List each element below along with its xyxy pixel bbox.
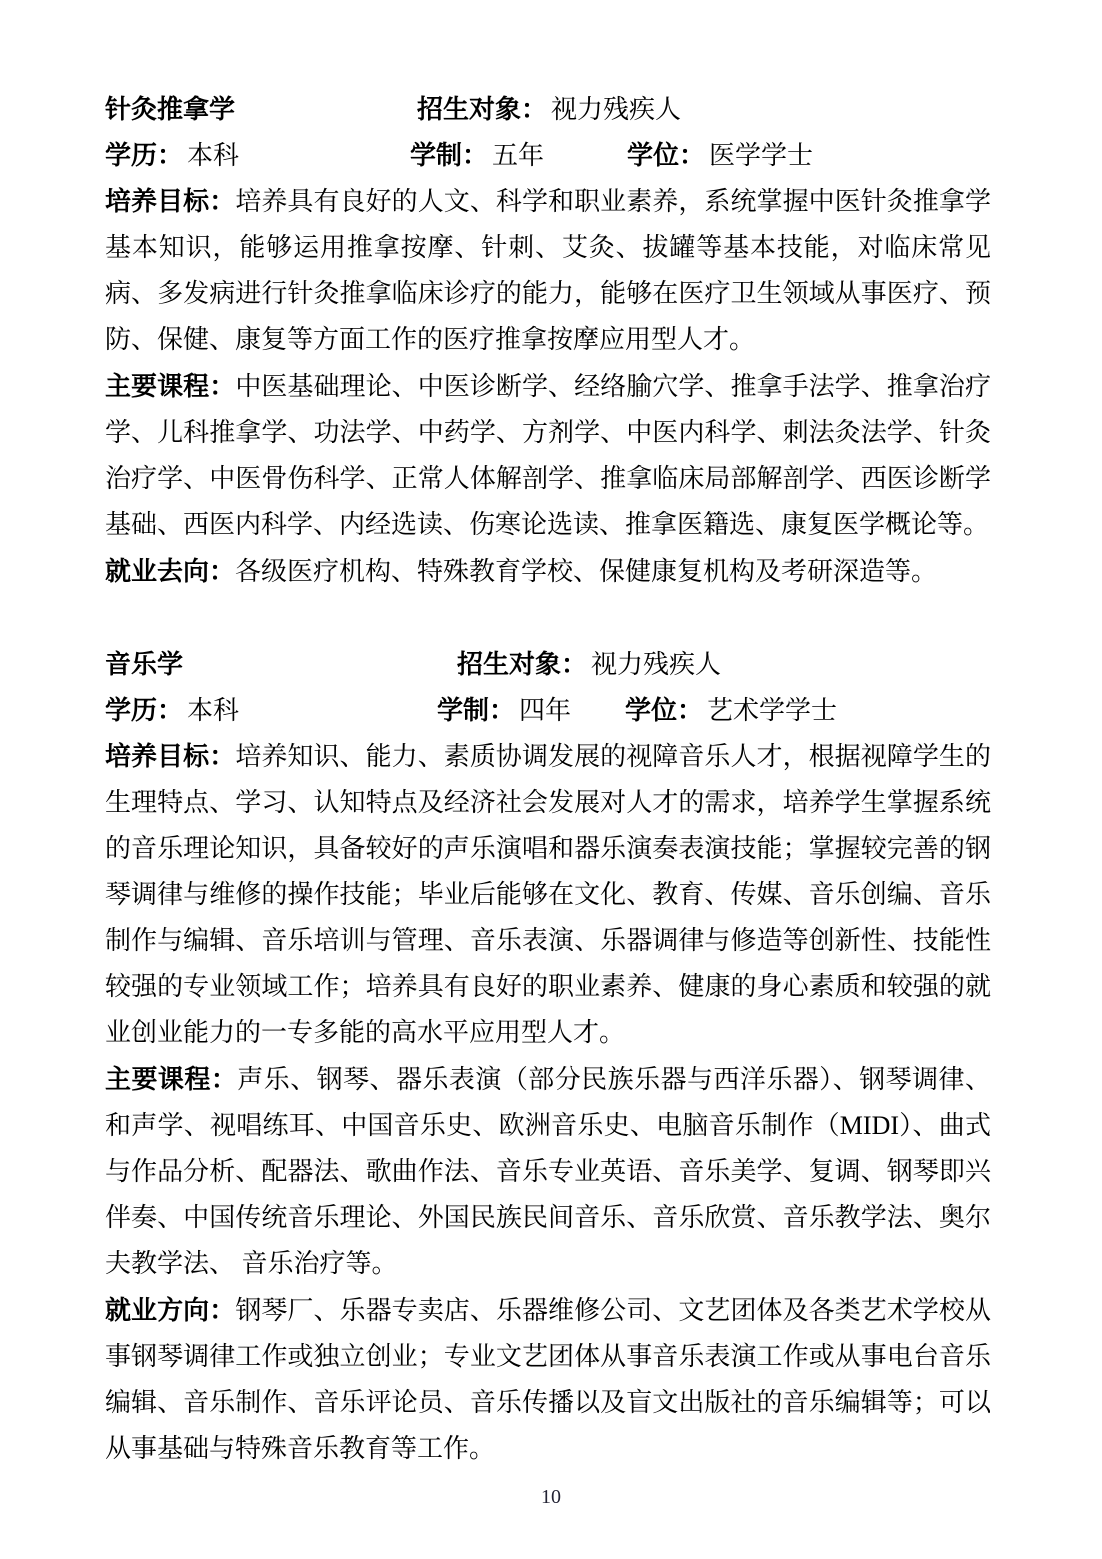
program-title: 针灸推拿学 [105,86,235,132]
admission-field: 招生对象：视力残疾人 [457,641,721,688]
page-content: 针灸推拿学 招生对象：视力残疾人 学历：本科 学制：五年 学位：医学学士 培养目… [105,86,991,1472]
objective-paragraph: 培养目标：培养具有良好的人文、科学和职业素养，系统掌握中医针灸推拿学基本知识，能… [105,178,991,363]
courses-label: 主要课程： [105,1064,237,1094]
program-meta-row: 学历：本科 学制：四年 学位：艺术学学士 [105,687,991,733]
program-header-row: 针灸推拿学 招生对象：视力残疾人 [105,86,991,132]
degree-field: 学位：艺术学学士 [625,687,837,734]
program-header-row: 音乐学 招生对象：视力残疾人 [105,641,991,687]
section-divider-space [105,595,991,641]
education-field: 学历：本科 [105,687,239,734]
courses-paragraph: 主要课程：声乐、钢琴、器乐表演（部分民族乐器与西洋乐器）、钢琴调律、和声学、视唱… [105,1056,991,1287]
duration-field: 学制：五年 [410,132,544,179]
objective-text: 培养具有良好的人文、科学和职业素养，系统掌握中医针灸推拿学基本知识，能够运用推拿… [105,187,991,354]
education-label: 学历： [105,140,183,170]
admission-value: 视力残疾人 [551,95,681,124]
career-paragraph: 就业去向：各级医疗机构、特殊教育学校、保健康复机构及考研深造等。 [105,548,991,595]
duration-value: 五年 [492,141,544,170]
objective-text: 培养知识、能力、素质协调发展的视障音乐人才，根据视障学生的生理特点、学习、认知特… [105,742,991,1047]
degree-value: 艺术学学士 [707,696,837,725]
program-section-musicology: 音乐学 招生对象：视力残疾人 学历：本科 学制：四年 学位：艺术学学士 培养目标… [105,641,991,1472]
career-paragraph: 就业方向：钢琴厂、乐器专卖店、乐器维修公司、文艺团体及各类艺术学校从事钢琴调律工… [105,1287,991,1472]
courses-text: 中医基础理论、中医诊断学、经络腧穴学、推拿手法学、推拿治疗学、儿科推拿学、功法学… [105,372,991,539]
education-value: 本科 [187,696,239,725]
career-label: 就业方向： [105,1295,235,1325]
admission-field: 招生对象：视力残疾人 [417,86,681,133]
objective-label: 培养目标： [105,186,235,216]
objective-paragraph: 培养目标：培养知识、能力、素质协调发展的视障音乐人才，根据视障学生的生理特点、学… [105,733,991,1056]
duration-field: 学制：四年 [437,687,571,734]
duration-label: 学制： [410,140,488,170]
degree-label: 学位： [627,140,705,170]
education-label: 学历： [105,695,183,725]
duration-value: 四年 [519,696,571,725]
program-title: 音乐学 [105,641,183,687]
degree-field: 学位：医学学士 [627,132,813,179]
education-field: 学历：本科 [105,132,239,179]
program-meta-row: 学历：本科 学制：五年 学位：医学学士 [105,132,991,178]
objective-label: 培养目标： [105,741,235,771]
page-number: 10 [0,1482,1102,1512]
degree-label: 学位： [625,695,703,725]
career-text: 钢琴厂、乐器专卖店、乐器维修公司、文艺团体及各类艺术学校从事钢琴调律工作或独立创… [105,1296,991,1463]
program-section-acupuncture-tuina: 针灸推拿学 招生对象：视力残疾人 学历：本科 学制：五年 学位：医学学士 培养目… [105,86,991,595]
career-label: 就业去向： [105,556,235,586]
duration-label: 学制： [437,695,515,725]
degree-value: 医学学士 [709,141,813,170]
admission-value: 视力残疾人 [591,650,721,679]
career-text: 各级医疗机构、特殊教育学校、保健康复机构及考研深造等。 [235,557,937,586]
courses-paragraph: 主要课程：中医基础理论、中医诊断学、经络腧穴学、推拿手法学、推拿治疗学、儿科推拿… [105,363,991,548]
courses-text: 声乐、钢琴、器乐表演（部分民族乐器与西洋乐器）、钢琴调律、和声学、视唱练耳、中国… [105,1065,991,1278]
admission-label: 招生对象： [417,94,547,124]
document-page: 针灸推拿学 招生对象：视力残疾人 学历：本科 学制：五年 学位：医学学士 培养目… [0,0,1102,1559]
education-value: 本科 [187,141,239,170]
admission-label: 招生对象： [457,649,587,679]
courses-label: 主要课程： [105,371,235,401]
